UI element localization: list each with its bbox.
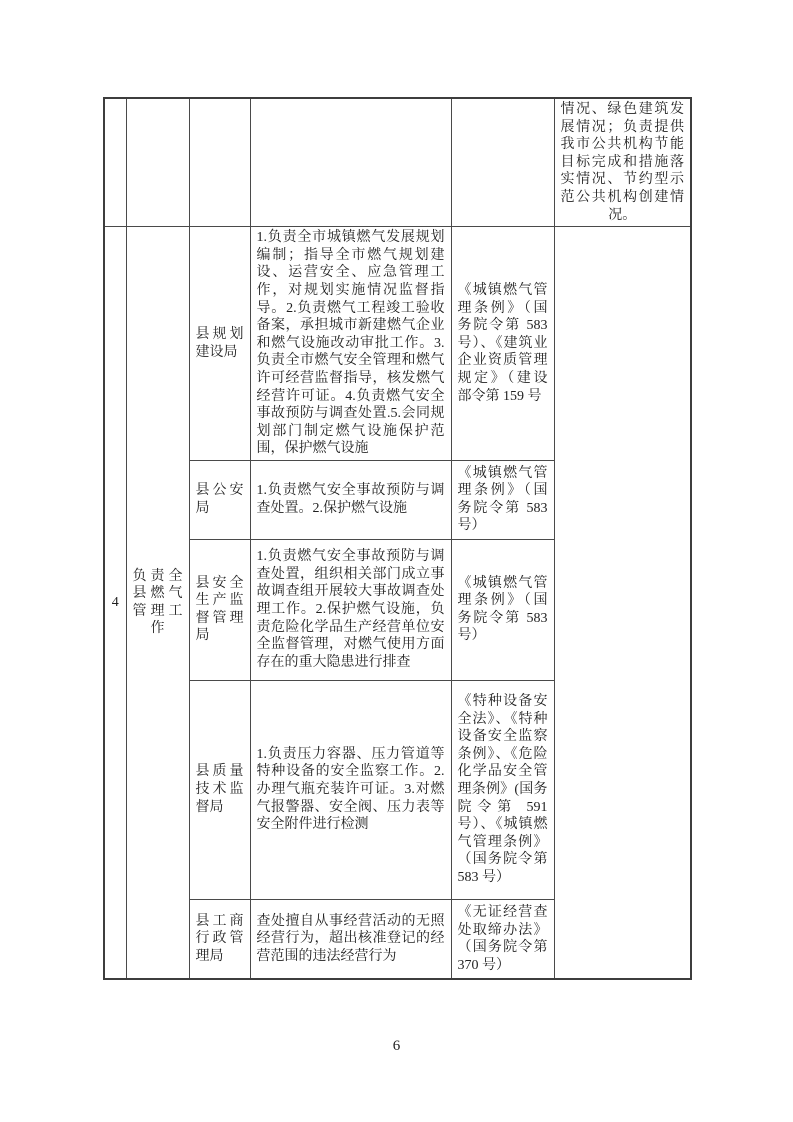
cell-note-continuation: 情况、绿色建筑发展情况；负责提供我市公共机构节能目标完成和措施落实情况、节约型示…	[554, 98, 691, 227]
cell-duties: 1.负责燃气安全事故预防与调查处置，组织相关部门成立事故调查组开展较大事故调查处…	[250, 539, 451, 680]
cell-duties: 1.负责燃气安全事故预防与调查处置。2.保护燃气设施	[250, 460, 451, 539]
cell-legal-basis: 《特种设备安全法》、《特种设备安全监察条例》、《危险化学品安全管理条例》(国务院…	[451, 680, 554, 899]
cell-department-empty	[189, 98, 250, 227]
cell-index: 4	[104, 227, 126, 980]
cell-duties: 1.负责全市城镇燃气发展规划编制；指导全市燃气规划建设、运营安全、应急管理工作，…	[250, 227, 451, 461]
table-row-continuation: 情况、绿色建筑发展情况；负责提供我市公共机构节能目标完成和措施落实情况、节约型示…	[104, 98, 691, 227]
cell-duties: 1.负责压力容器、压力管道等特种设备的安全监察工作。2.办理气瓶充装许可证。3.…	[250, 680, 451, 899]
cell-responsibility-empty	[126, 98, 189, 227]
page-number: 6	[0, 1038, 793, 1055]
cell-responsibility: 负责全县燃气管理工作	[126, 227, 189, 980]
cell-legal-basis: 《城镇燃气管理条例》（国务院令第 583 号）	[451, 539, 554, 680]
cell-legal-basis: 《城镇燃气管理条例》（国务院令第 583 号）、《建筑业企业资质管理规定》（建设…	[451, 227, 554, 461]
table-row: 4 负责全县燃气管理工作 县规划建设局 1.负责全市城镇燃气发展规划编制；指导全…	[104, 227, 691, 461]
cell-legal-basis: 《无证经营查处取缔办法》（国务院令第 370 号）	[451, 899, 554, 979]
cell-department: 县规划建设局	[189, 227, 250, 461]
responsibility-table: 情况、绿色建筑发展情况；负责提供我市公共机构节能目标完成和措施落实情况、节约型示…	[103, 97, 692, 980]
cell-department: 县质量技术监督局	[189, 680, 250, 899]
cell-duties-empty	[250, 98, 451, 227]
cell-legal-basis-empty	[451, 98, 554, 227]
cell-legal-basis: 《城镇燃气管理条例》（国务院令第 583 号）	[451, 460, 554, 539]
document-page: 情况、绿色建筑发展情况；负责提供我市公共机构节能目标完成和措施落实情况、节约型示…	[0, 0, 793, 1122]
cell-department: 县安全生产监督管理局	[189, 539, 250, 680]
cell-department: 县工商行政管理局	[189, 899, 250, 979]
cell-index-empty	[104, 98, 126, 227]
cell-duties: 查处擅自从事经营活动的无照经营行为，超出核准登记的经营范围的违法经营行为	[250, 899, 451, 979]
cell-trailing-empty	[554, 227, 691, 980]
cell-department: 县公安局	[189, 460, 250, 539]
